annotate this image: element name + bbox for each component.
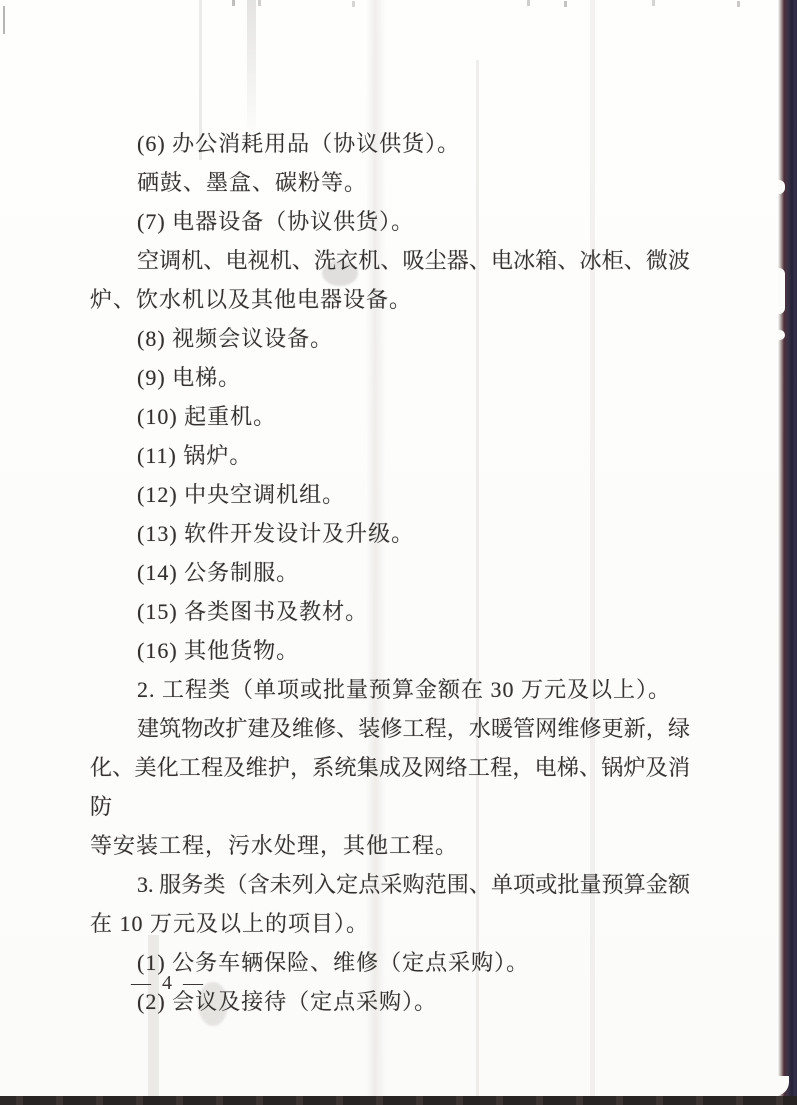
document-line: 2. 工程类（单项或批量预算金额在 30 万元及以上）。 [90,670,690,709]
scan-specks [232,0,235,6]
scanned-page: (6) 办公消耗用品（协议供货）。 硒鼓、墨盒、碳粉等。 (7) 电器设备（协议… [0,0,797,1105]
document-line: (8) 视频会议设备。 [90,319,690,358]
document-line: 炉、饮水机以及其他电器设备。 [90,280,690,319]
document-line: 空调机、电视机、洗衣机、吸尘器、电冰箱、冰柜、微波 [90,241,690,280]
document-line: (7) 电器设备（协议供货）。 [90,202,690,241]
document-body: (6) 办公消耗用品（协议供货）。 硒鼓、墨盒、碳粉等。 (7) 电器设备（协议… [90,124,690,1021]
document-line: (10) 起重机。 [90,397,690,436]
document-line: (14) 公务制服。 [90,553,690,592]
document-line: 硒鼓、墨盒、碳粉等。 [90,163,690,202]
page-number: — 4 — [131,972,206,995]
scan-streak [247,0,256,140]
scan-mark [3,6,5,34]
document-line: 化、美化工程及维护，系统集成及网络工程，电梯、锅炉及消防 [90,748,690,826]
scan-edge-bottom [0,1096,797,1105]
document-line: (6) 办公消耗用品（协议供货）。 [90,124,690,163]
document-line: (15) 各类图书及教材。 [90,592,690,631]
document-line: (13) 软件开发设计及升级。 [90,514,690,553]
scan-edge-right [778,0,797,1105]
document-line: (11) 锅炉。 [90,436,690,475]
scan-edge-notch [778,330,785,340]
document-line: (12) 中央空调机组。 [90,475,690,514]
document-line: 3. 服务类（含未列入定点采购范围、单项或批量预算金额 [90,865,690,904]
document-line: 等安装工程，污水处理，其他工程。 [90,826,690,865]
scan-edge-notch [778,180,785,194]
document-line: (9) 电梯。 [90,358,690,397]
document-line: 建筑物改扩建及维修、装修工程，水暖管网维修更新，绿 [90,709,690,748]
document-line: (16) 其他货物。 [90,631,690,670]
scan-edge-notch [778,268,785,314]
document-line: 在 10 万元及以上的项目）。 [90,904,690,943]
